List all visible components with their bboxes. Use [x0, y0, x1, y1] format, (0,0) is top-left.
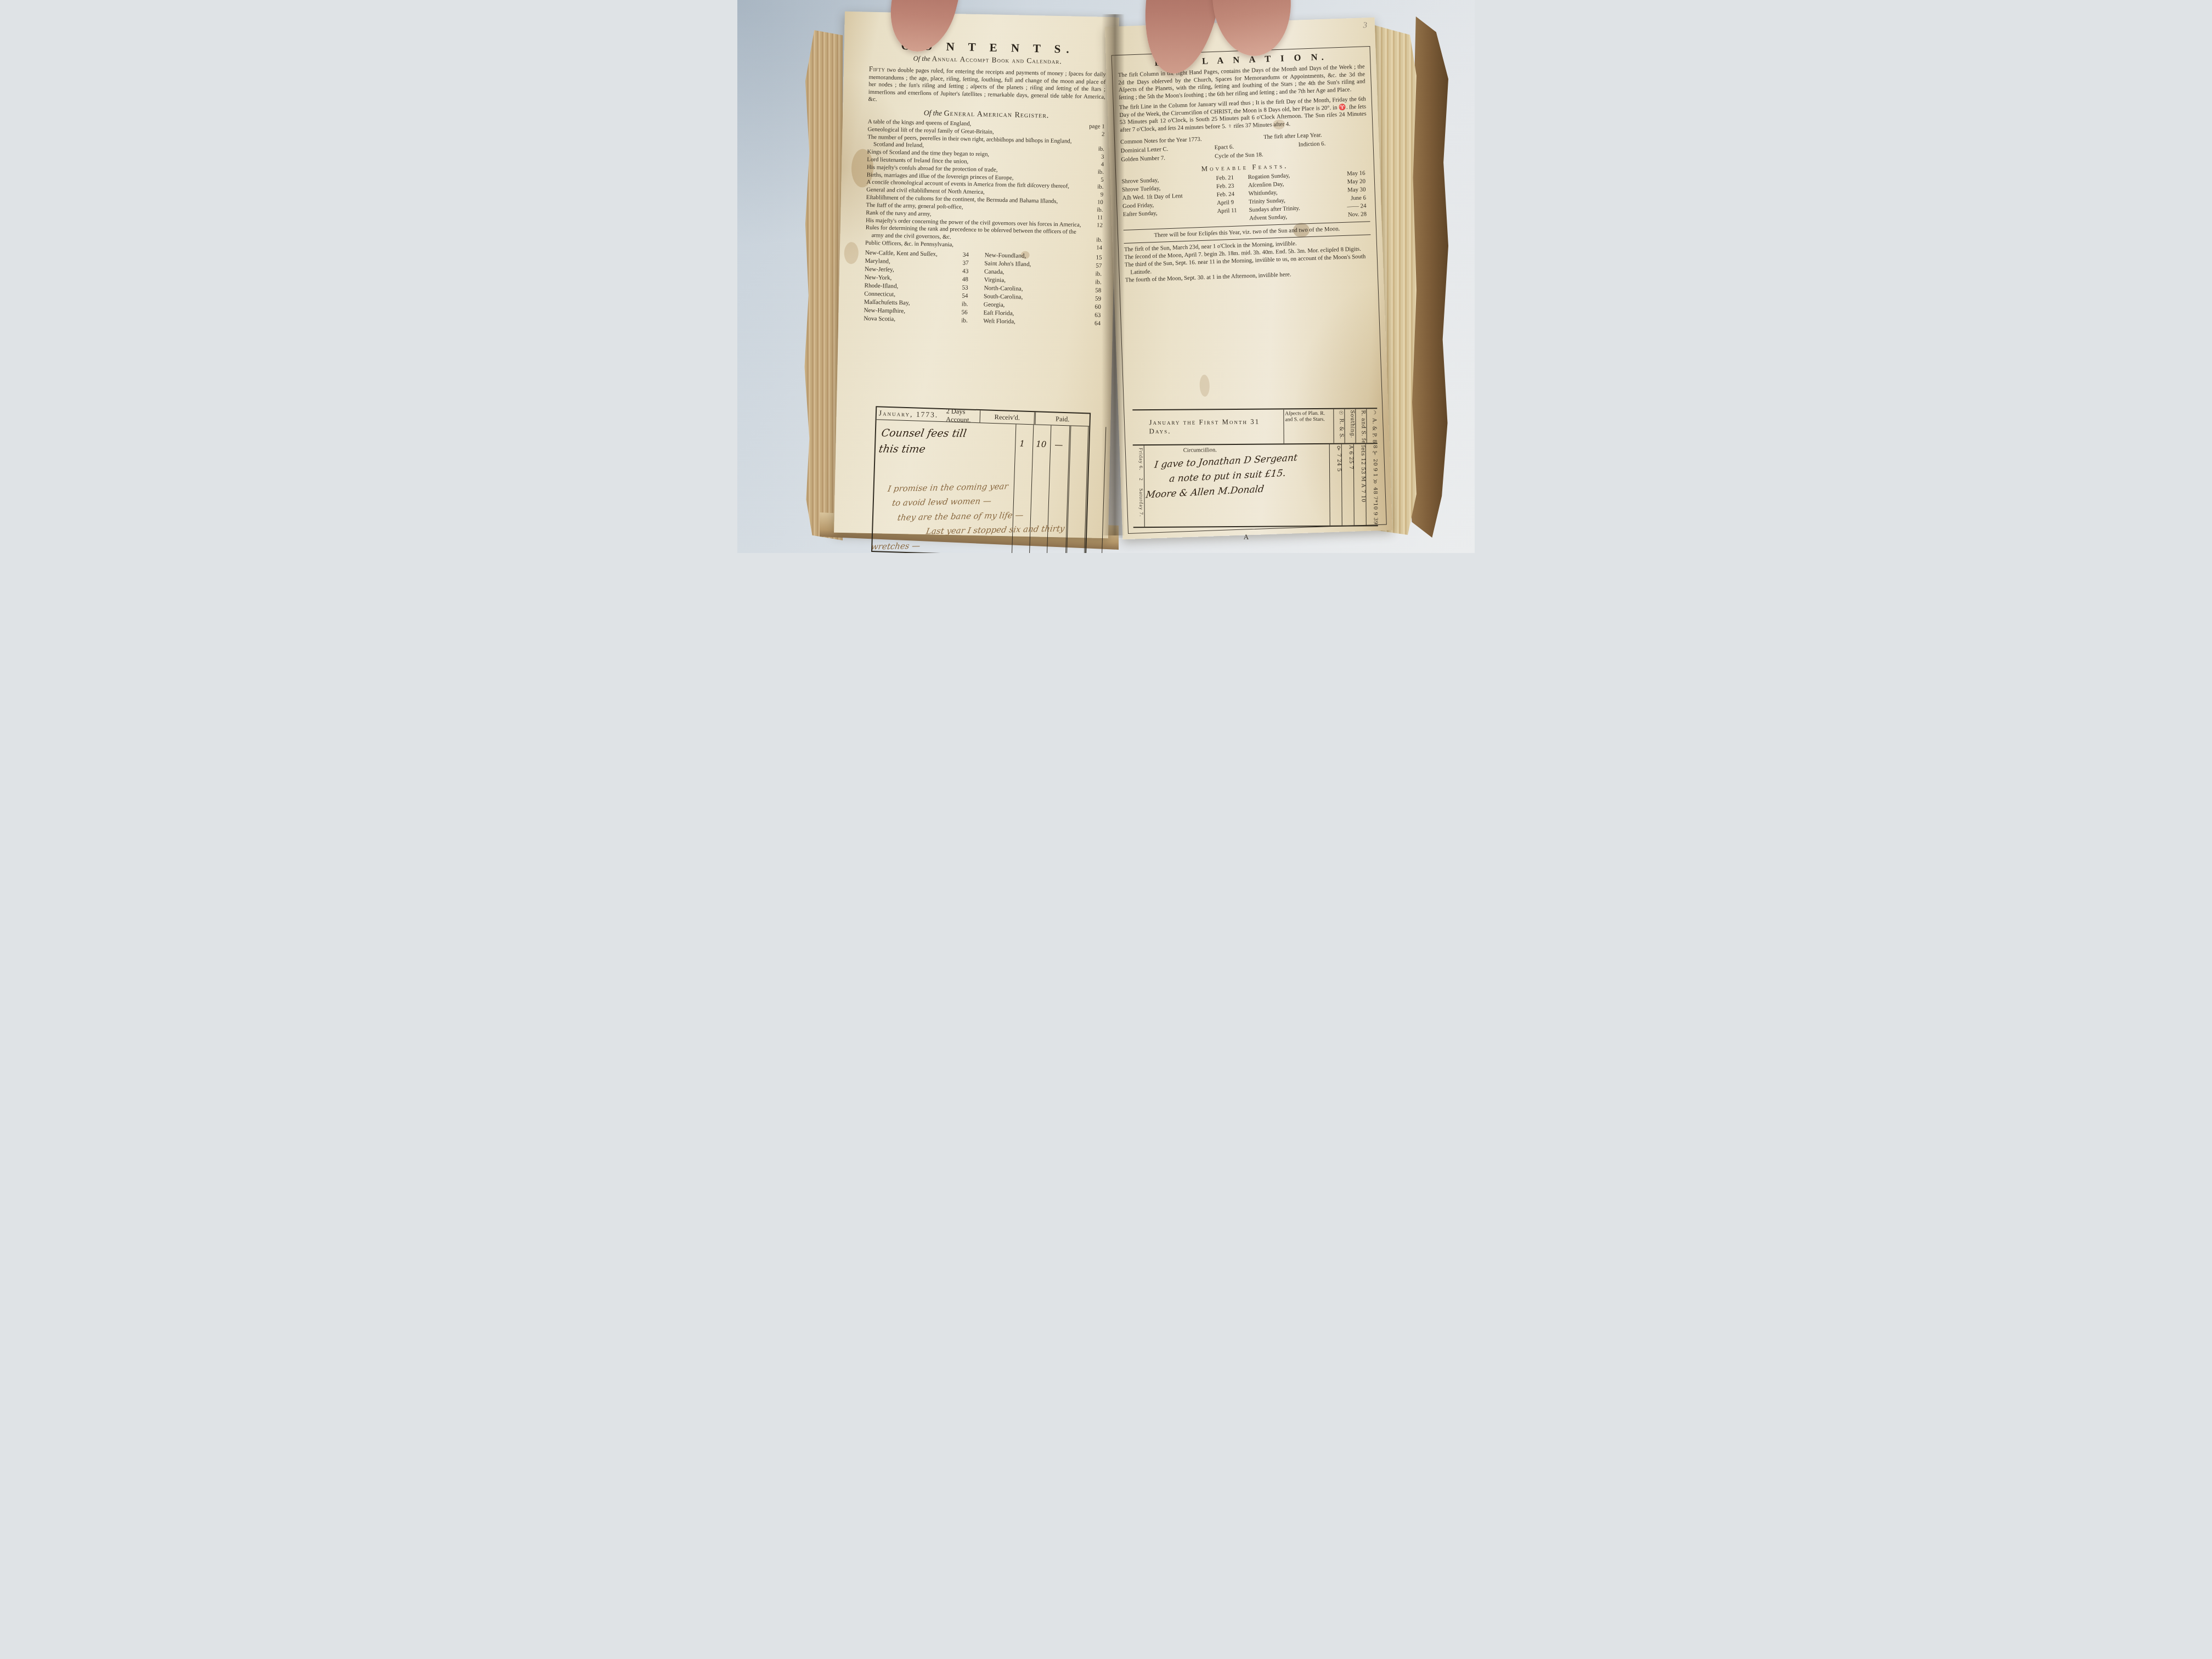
handwritten-note: I gave to Jonathan D Sergeanta note to p…	[1145, 449, 1330, 503]
page-number: 3	[1363, 21, 1367, 30]
place-left-page: 56	[961, 308, 983, 317]
page-frame: E X P L A N A T I O N. The firſt Column …	[1111, 46, 1387, 534]
explanation-paragraph-1: The firſt Column in the right Hand Pages…	[1118, 63, 1366, 101]
place-left-page: ib.	[961, 317, 983, 325]
ephemeris-column: 8 ♈ 20 9 1 ♉ 48 7*10 9 39	[1365, 444, 1378, 525]
right-page-content: E X P L A N A T I O N. The firſt Column …	[1118, 49, 1381, 531]
moon-age-place-column-header: ☽ A. & P. 8	[1366, 409, 1377, 443]
entry-page-number: 9	[1085, 191, 1103, 199]
handwritten-line: Counsel fees till	[880, 425, 967, 441]
ephemeris-column: ♀ 7 24 5	[1329, 444, 1342, 526]
place-right-page: 59	[1087, 295, 1101, 303]
intro-paragraph: Fifty two double pages ruled, for enteri…	[868, 65, 1105, 109]
ephemeris-columns: ♀ 7 24 5A 6 25 7ſets 12 53 M A 7 108 ♈ 2…	[1329, 444, 1378, 526]
entry-page-number: 12	[1084, 222, 1103, 230]
place-left-page: 48	[962, 275, 984, 284]
place-right-page: 63	[1086, 311, 1101, 320]
day-label: Saturday 7.	[1138, 488, 1144, 517]
place-right-page: 58	[1087, 286, 1101, 295]
place-left-page: 37	[962, 259, 984, 268]
place-left-page: 34	[963, 251, 985, 259]
place-right: Weſt Florida,	[983, 317, 1086, 328]
place-right-page: 15	[1088, 253, 1102, 262]
entry-page-number: ib.	[1084, 236, 1102, 245]
ephemeris-column: ſets 12 53 M A 7 10	[1353, 444, 1366, 525]
moon-rise-set-column-header: R. and S. ſets	[1355, 409, 1366, 443]
eclipse-list: The firſt of the Sun, March 23d, near 1 …	[1124, 237, 1372, 284]
account-table: January, 1773. 2 Days Account. Receiv'd.…	[871, 406, 1091, 553]
place-left-page: ib.	[962, 300, 984, 309]
january-calendar-table: January the First Month 31 Days. Aſpects…	[1132, 408, 1378, 527]
handwritten-entry: Counsel fees tillthis time	[878, 425, 968, 457]
calendar-header: January the First Month 31 Days. Aſpects…	[1132, 409, 1377, 445]
aspects-column-header: Aſpects of Plan. R. and S. of the Stars.	[1283, 409, 1333, 444]
amount-pence: —	[1054, 439, 1063, 449]
faded-handwritten-memo: I promise in the coming yearto avoid lew…	[870, 478, 1073, 553]
gutter-shadow	[1102, 14, 1125, 535]
place-left-page: 43	[962, 267, 984, 276]
received-column-header: Receiv'd.	[980, 410, 1035, 424]
calendar-body: Friday 6. 2 Saturday 7. Circumciſſion. I…	[1133, 444, 1378, 527]
handwritten-line: this time	[878, 441, 965, 457]
day-label: Friday 6.	[1138, 448, 1144, 471]
place-left-page: 53	[962, 284, 984, 292]
entry-page-number: 14	[1084, 244, 1102, 252]
contents-list: A table of the kings and queens of Engla…	[865, 119, 1105, 252]
left-page-content: C O N T E N T S. Of the Annual Accompt B…	[859, 38, 1107, 531]
right-page: 3 E X P L A N A T I O N. The firſt Colum…	[1105, 18, 1392, 540]
table-rule	[1084, 426, 1088, 553]
southing-column-header: Southing.	[1344, 409, 1355, 443]
paid-column-header: Paid.	[1034, 412, 1090, 426]
place-left: Nova Scotia,	[864, 314, 961, 325]
calendar-title: January the First Month 31 Days.	[1132, 409, 1283, 444]
sun-rise-set-column-header: ☉ R. & S.	[1333, 409, 1344, 443]
entry-page-number: 5	[1085, 176, 1104, 184]
explanation-paragraph-2: The firſt Line in the Column for January…	[1119, 95, 1367, 134]
place-right-page: 57	[1087, 262, 1102, 270]
stain	[844, 242, 859, 264]
feasts-table: Shrove Sunday, Feb. 21 Rogation Sunday, …	[1121, 169, 1370, 227]
book-photo: C O N T E N T S. Of the Annual Accompt B…	[737, 0, 1475, 553]
entry-page-number: 10	[1085, 199, 1103, 207]
place-right-page: 64	[1086, 319, 1101, 328]
amount-shillings: 10	[1036, 439, 1047, 449]
entry-page-number: ib.	[1085, 168, 1104, 177]
feast-date-left	[1217, 215, 1249, 224]
common-notes: Common Notes for the Year 1773. The firſ…	[1120, 129, 1368, 164]
place-left-page: 54	[962, 292, 984, 301]
account-body: Counsel fees tillthis time 1 10 — I prom…	[872, 420, 1089, 553]
day-number: 2	[1138, 478, 1144, 481]
place-right-page: ib.	[1087, 270, 1102, 279]
entry-page-number: ib.	[1085, 184, 1103, 192]
account-month: January, 1773.	[877, 409, 939, 420]
eclipse-intro: There will be four Eclipſes this Year, v…	[1124, 224, 1370, 240]
place-right-page: 60	[1087, 303, 1101, 312]
amount-pounds: 1	[1019, 438, 1025, 448]
left-page: C O N T E N T S. Of the Annual Accompt B…	[834, 12, 1119, 538]
entry-page-number: ib.	[1084, 206, 1103, 215]
places-list: New-Caſtle, Kent and Suſſex, 34 New-Foun…	[864, 249, 1102, 328]
feast-date-right: Nov. 28	[1341, 210, 1370, 219]
place-right-page: ib.	[1087, 278, 1102, 287]
ephemeris-column: A 6 25 7	[1341, 444, 1354, 526]
signature-mark: A	[1244, 533, 1249, 541]
day-of-week-strip: Friday 6. 2 Saturday 7.	[1133, 445, 1145, 527]
entry-page-number: 11	[1084, 214, 1103, 222]
feast-day-label: Circumciſſion.	[1183, 447, 1217, 453]
